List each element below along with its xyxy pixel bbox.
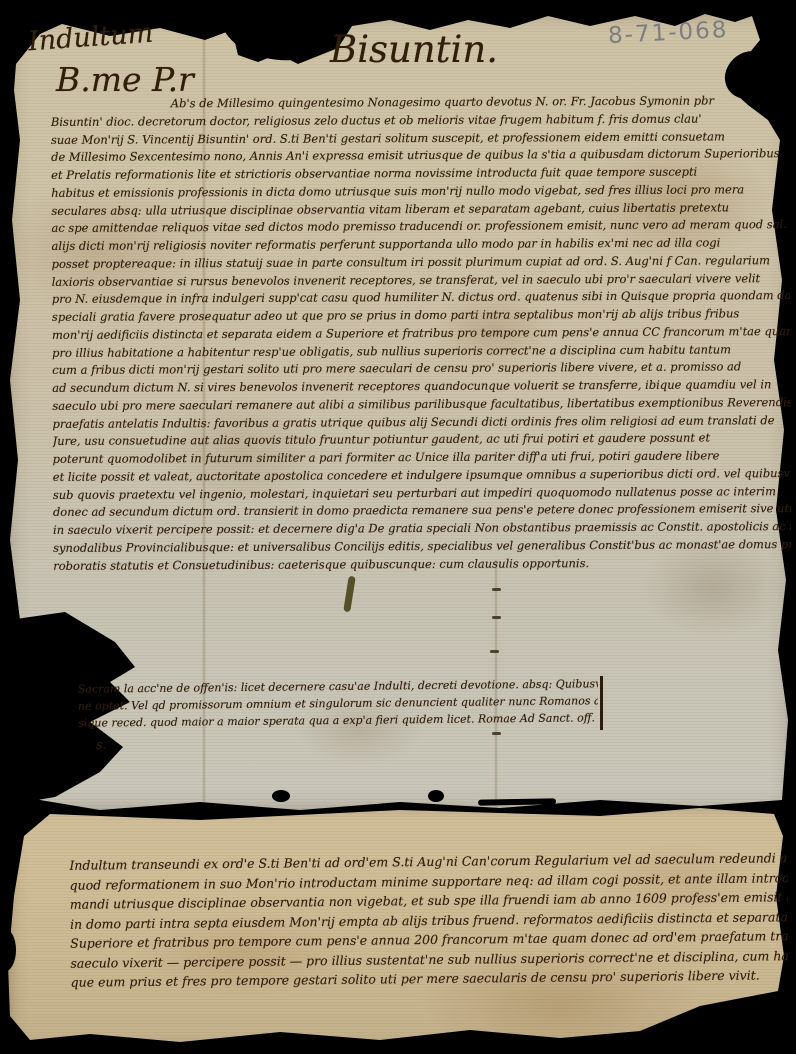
document-title: Bisuntin.: [330, 28, 498, 71]
closing-bracket-line: [600, 676, 603, 730]
main-text-block: Ab's de Millesimo quingentesimo Nonagesi…: [51, 92, 791, 575]
dark-dash-mark: [478, 798, 556, 805]
ink-stitch-mark: [492, 588, 501, 591]
ink-loss-spot: [272, 790, 290, 802]
ink-stitch-mark: [492, 732, 501, 735]
bottom-summary-block: Indultum transeundi ex ord'e S.ti Ben'ti…: [69, 848, 788, 992]
ink-stitch-mark: [490, 650, 499, 653]
pen-flourish: s.: [96, 738, 107, 753]
ink-stitch-mark: [492, 616, 501, 619]
ink-loss-spot: [428, 790, 444, 802]
middle-note-block: Sacram la acc'ne de offen'is: licet dece…: [78, 675, 599, 731]
manuscript-photo: Indultum Bisuntin. 8-71-068 B.me P.r Ab'…: [0, 0, 796, 1054]
salutation-initials: B.me P.r: [56, 60, 194, 99]
